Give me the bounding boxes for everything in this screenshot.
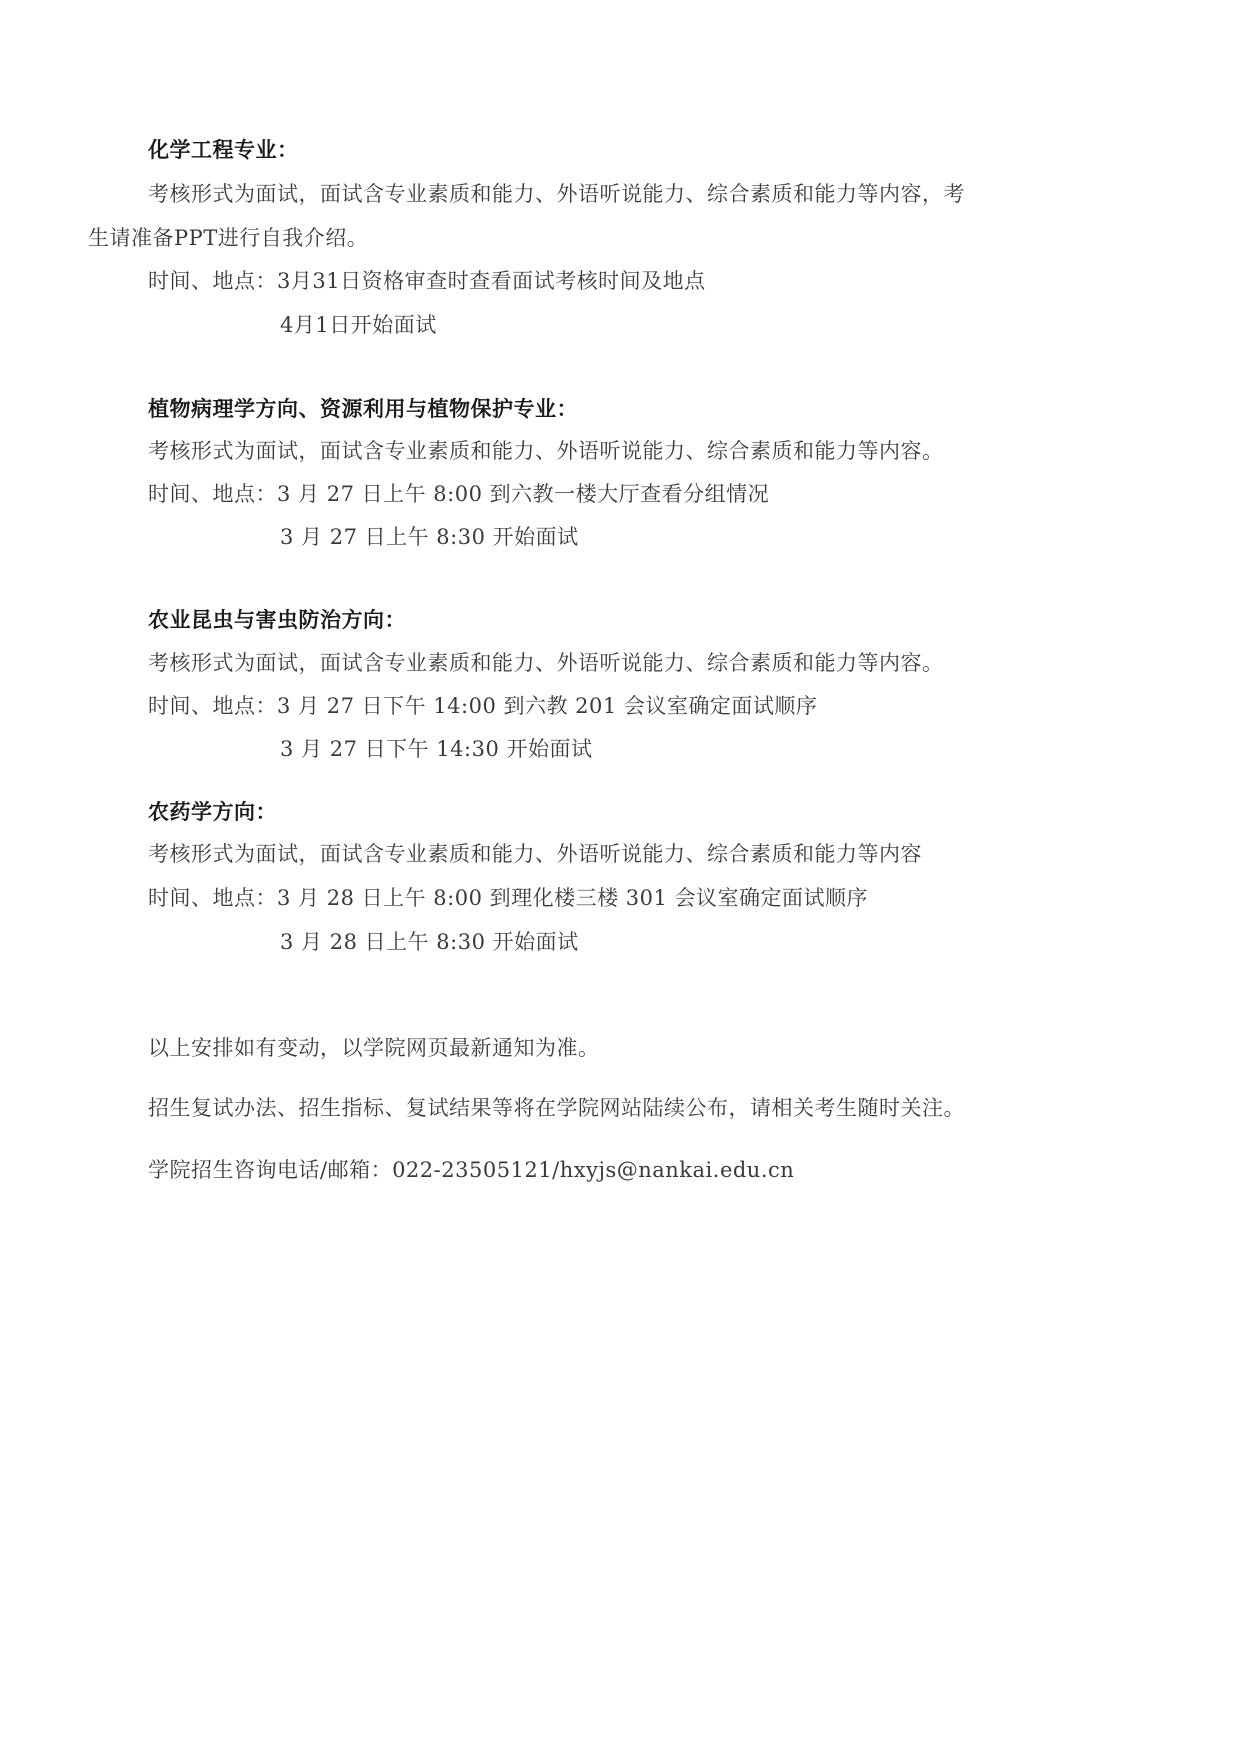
publish-notice: 招生复试办法、招生指标、复试结果等将在学院网站陆续公布，请相关考生随时关注。 [148, 1094, 965, 1122]
time-place-text-2: 3 月 28 日上午 8:30 开始面试 [280, 928, 579, 956]
section-heading-agricultural-entomology: 农业昆虫与害虫防治方向： [148, 606, 406, 634]
time-place-text-2: 3 月 27 日下午 14:30 开始面试 [280, 735, 592, 763]
assessment-form-text: 考核形式为面试，面试含专业素质和能力、外语听说能力、综合素质和能力等内容 [148, 840, 922, 868]
assessment-form-text: 考核形式为面试，面试含专业素质和能力、外语听说能力、综合素质和能力等内容。 [148, 437, 944, 465]
time-place-text: 时间、地点：3 月 27 日上午 8:00 到六教一楼大厅查看分组情况 [148, 480, 769, 508]
section-heading-chemical-engineering: 化学工程专业： [148, 136, 299, 164]
section-heading-plant-pathology: 植物病理学方向、资源利用与植物保护专业： [148, 395, 578, 423]
time-place-text-2: 3 月 27 日上午 8:30 开始面试 [280, 523, 579, 551]
time-place-text: 时间、地点：3 月 27 日下午 14:00 到六教 201 会议室确定面试顺序 [148, 692, 817, 720]
section-heading-pesticide-science: 农药学方向： [148, 798, 277, 826]
contact-info: 学院招生咨询电话/邮箱：022-23505121/hxyjs@nankai.ed… [148, 1156, 794, 1184]
assessment-form-text-cont: 生请准备PPT进行自我介绍。 [88, 224, 368, 252]
time-place-text-2: 4月1日开始面试 [280, 311, 437, 339]
assessment-form-text: 考核形式为面试，面试含专业素质和能力、外语听说能力、综合素质和能力等内容，考 [148, 180, 965, 208]
change-notice: 以上安排如有变动，以学院网页最新通知为准。 [148, 1034, 600, 1062]
time-place-text: 时间、地点：3月31日资格审查时查看面试考核时间及地点 [148, 267, 706, 295]
assessment-form-text: 考核形式为面试，面试含专业素质和能力、外语听说能力、综合素质和能力等内容。 [148, 649, 944, 677]
time-place-text: 时间、地点：3 月 28 日上午 8:00 到理化楼三楼 301 会议室确定面试… [148, 884, 868, 912]
